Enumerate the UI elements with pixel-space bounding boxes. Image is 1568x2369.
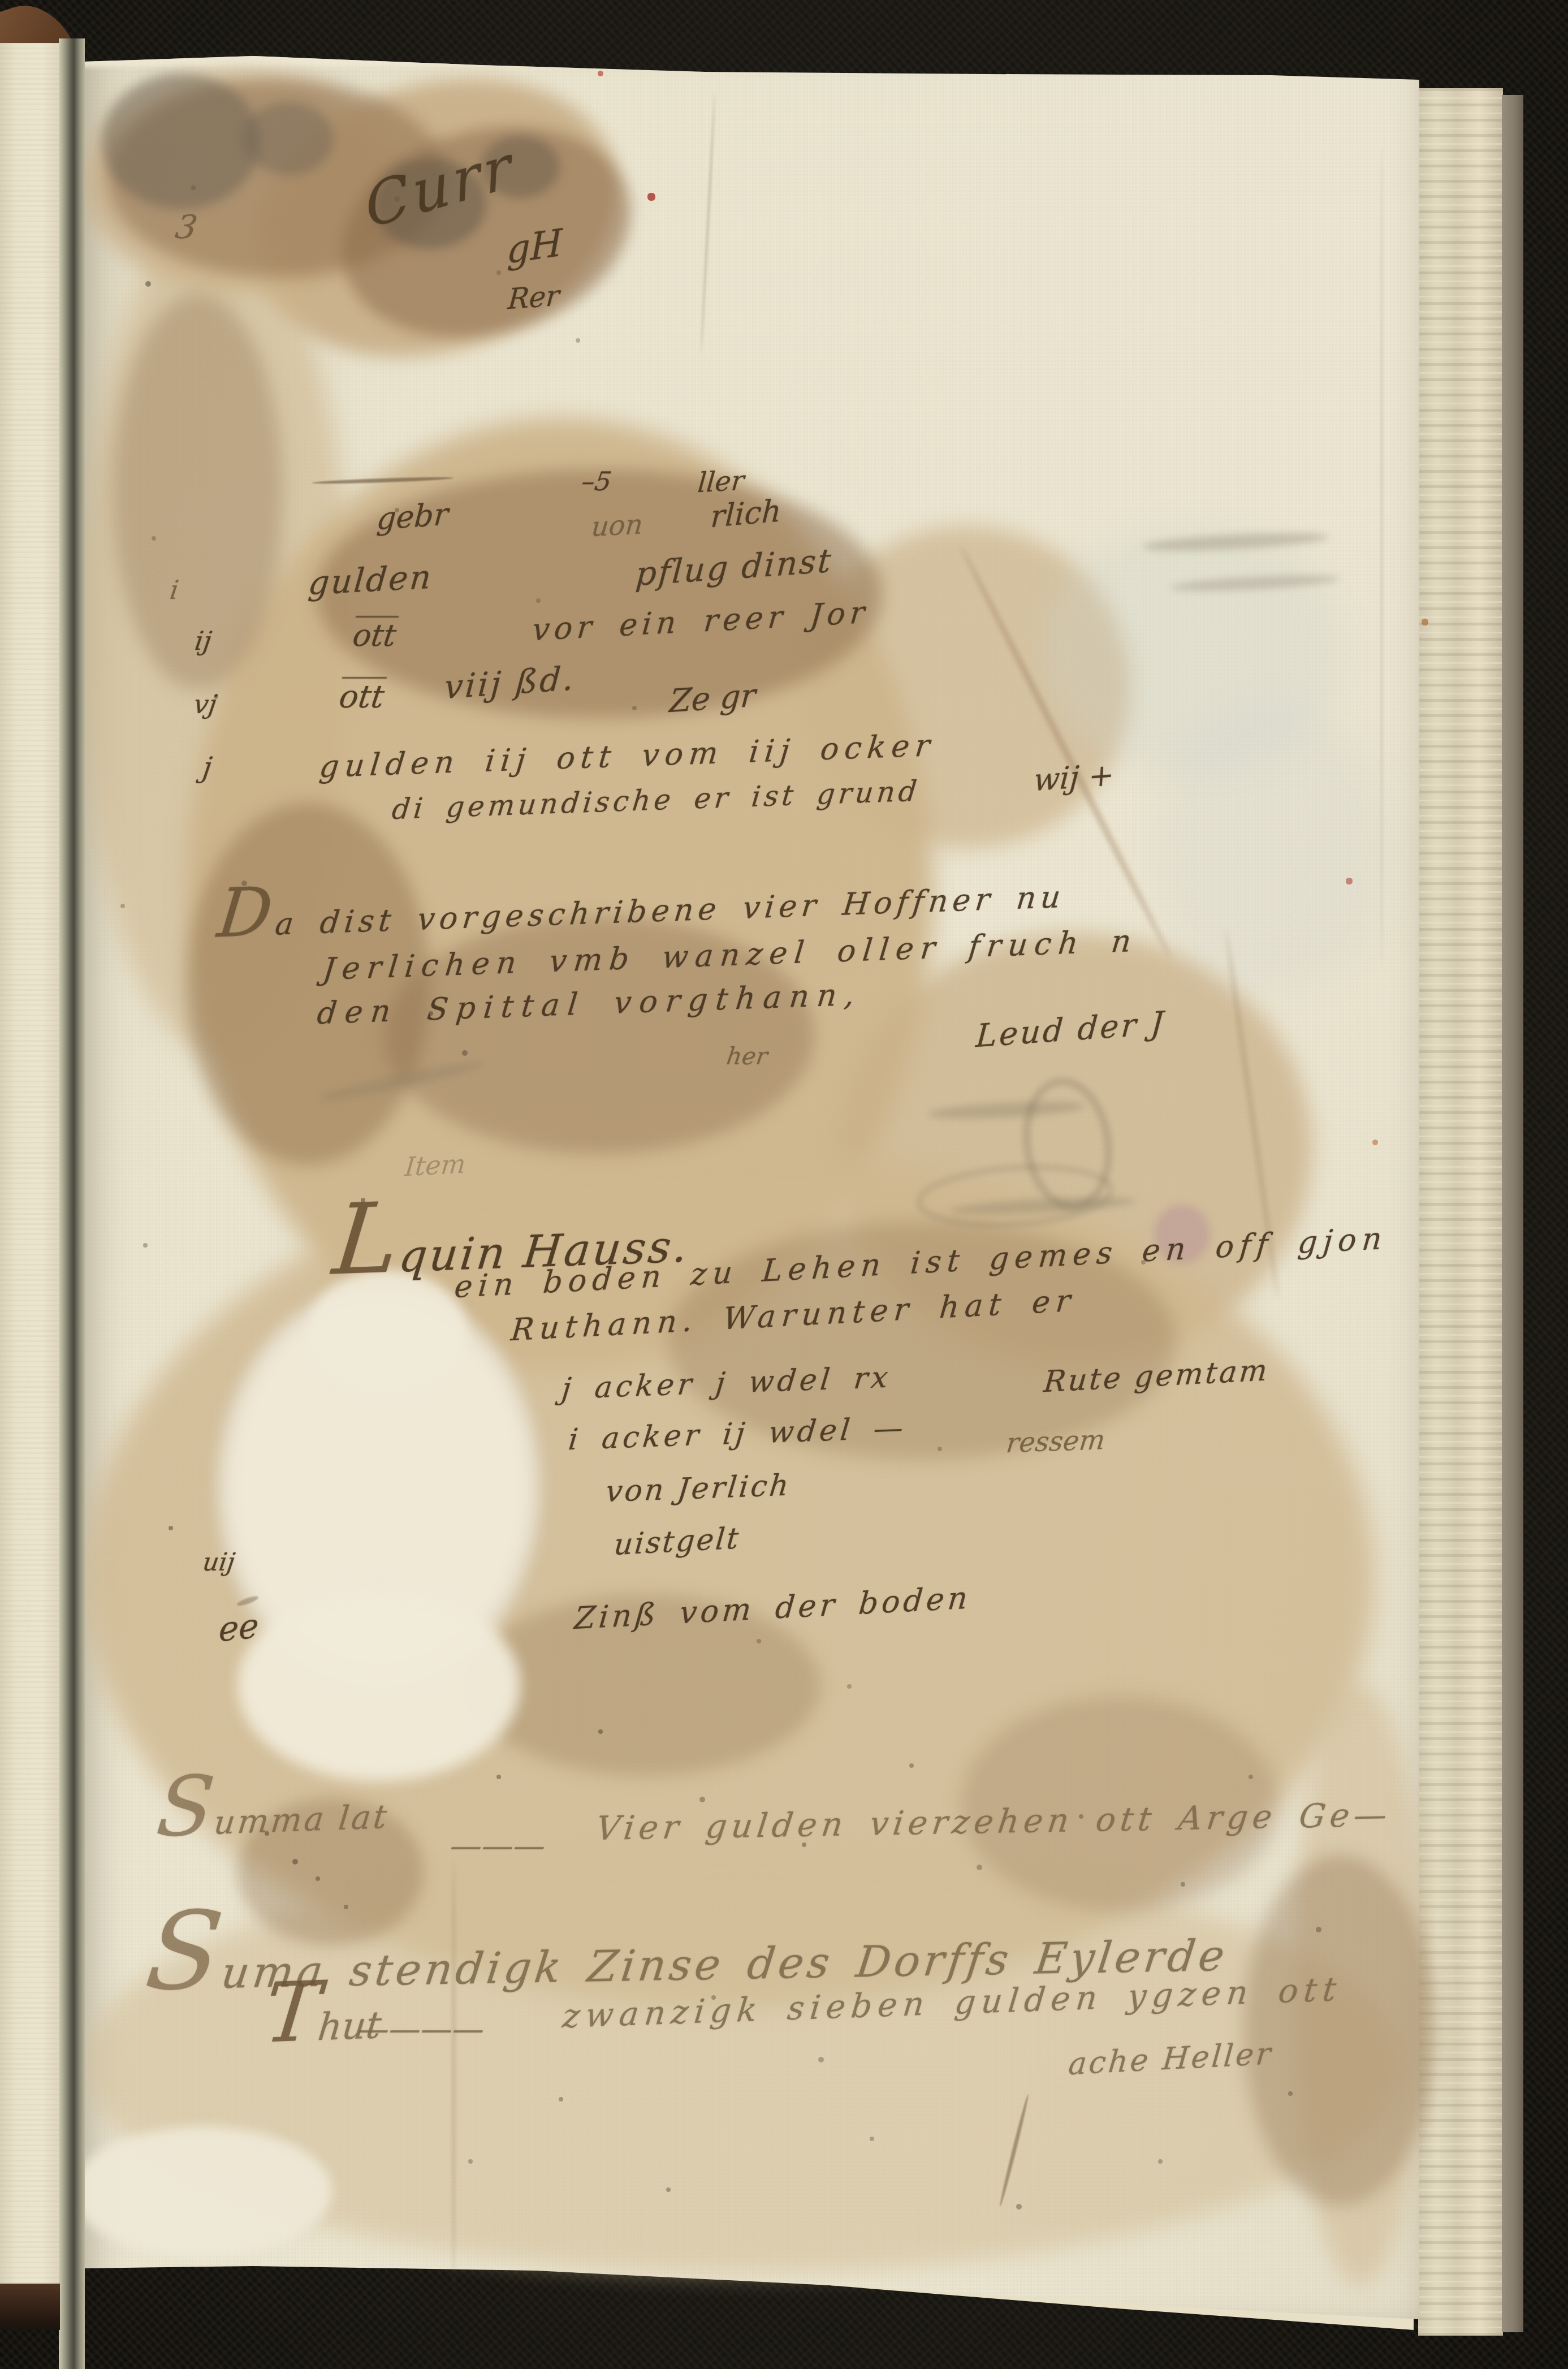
summary-line: Summa lat xyxy=(153,1761,394,1848)
margin-mark: vj xyxy=(192,692,218,717)
ink-line: rlich xyxy=(710,496,782,532)
ink-line: wij + xyxy=(1033,760,1115,795)
paper-tint xyxy=(1154,701,1391,995)
paper-hole xyxy=(72,2126,332,2256)
cover-corner-bottom xyxy=(0,2284,60,2330)
summary-line: ache Heller xyxy=(1067,2039,1274,2079)
paper-hole xyxy=(237,1589,520,1781)
ink-line: her xyxy=(725,1045,769,1068)
ink-line: uon xyxy=(590,512,644,541)
facing-page-grain xyxy=(0,43,60,2284)
ink-line: ott xyxy=(338,682,386,712)
ink-line: ller xyxy=(697,468,745,497)
header-note: Rer xyxy=(507,283,560,313)
ink-line: ott xyxy=(351,621,398,650)
binding-gutter xyxy=(59,38,85,2369)
ink-line: gebr xyxy=(375,499,449,534)
stain-dark-cluster xyxy=(1244,1855,1436,2206)
ink-line: Item xyxy=(404,1151,466,1180)
ink-line: uistgelt xyxy=(613,1525,741,1559)
summary-dash: ——— xyxy=(448,1831,547,1861)
stain-gray-patch xyxy=(243,102,334,175)
paper-crease xyxy=(1381,147,1383,967)
stain-gray-patch xyxy=(102,74,260,209)
margin-mark: ij xyxy=(193,629,213,654)
ink-line: ressem xyxy=(1005,1427,1106,1457)
ink-line: –5 xyxy=(580,469,613,494)
speckles-brown xyxy=(0,0,2,2)
margin-mark: ee xyxy=(218,1610,260,1647)
manuscript-photo: Curr gH Rer 3 i ij vj j uij ee –5 ller g… xyxy=(0,0,1568,2369)
header-note: gH xyxy=(507,225,563,269)
facing-page-edge xyxy=(0,43,60,2284)
ink-line: gulden xyxy=(307,561,434,599)
ink-line: Ze gr xyxy=(668,680,757,717)
summary-dash: ———— xyxy=(356,2014,486,2044)
cover-board-edge xyxy=(1502,95,1523,2332)
ink-line: viij ßd. xyxy=(443,663,577,704)
margin-mark: uij xyxy=(201,1551,236,1574)
ink-line: von Jerlich xyxy=(604,1472,792,1507)
